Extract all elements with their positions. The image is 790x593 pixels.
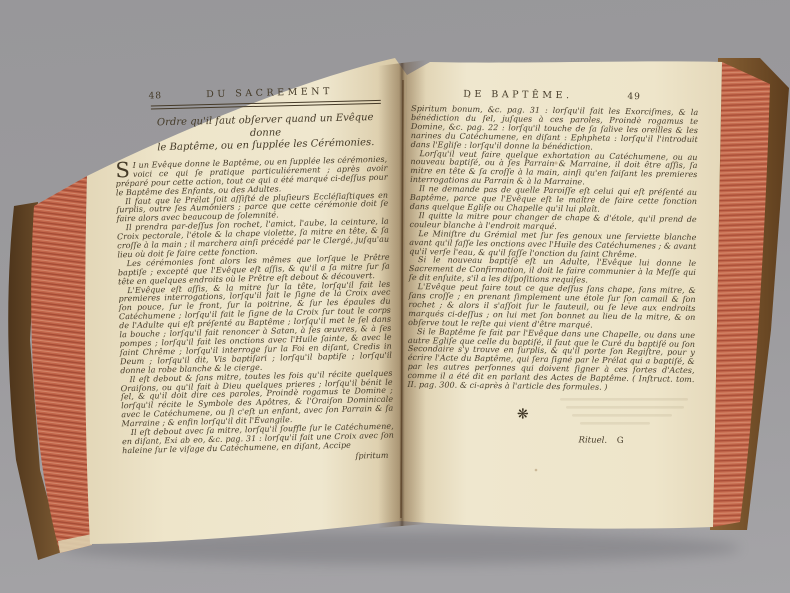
left-folio: 48 (148, 91, 162, 101)
right-running-head: DE BAPTÊME. 49 (411, 88, 698, 105)
signature-mark: G (617, 436, 624, 446)
signature-title: Rituel. (579, 435, 608, 445)
paragraph: L'Evêque eſt aſſis, & la mitre ſur la tê… (118, 280, 392, 376)
right-body: Spiritum bonum, &c. pag. 31 : lorſqu'il … (407, 105, 698, 394)
paragraph: Spiritum bonum, &c. pag. 31 : lorſqu'il … (411, 105, 699, 154)
paragraph: Lorſqu'il veut faire quelque exhortation… (410, 150, 697, 190)
section-heading: Ordre qu'il faut obſerver quand un Evêqu… (114, 112, 387, 156)
left-page: 48 DU SACREMENT Ordre qu'il faut obſerve… (113, 85, 394, 466)
left-body: SI un Evêque donne le Baptême, ou en ſup… (115, 156, 394, 456)
book-photograph: 48 DU SACREMENT Ordre qu'il faut obſerve… (0, 0, 790, 593)
paragraph: Si le Baptême ſe fait par l'Evêque dans … (407, 328, 695, 394)
paragraph: Il eſt debout & ſans mitre, toutes les f… (120, 369, 393, 429)
rosette-ornament-icon: ❋ (407, 406, 694, 424)
right-page: DE BAPTÊME. 49 Spiritum bonum, &c. pag. … (407, 88, 699, 447)
paragraph-text: I un Evêque donne le Baptême, ou en ſupp… (116, 155, 388, 197)
right-folio: 49 (627, 92, 641, 102)
paragraph: L'Evêque peut faire tout ce que deſſus ſ… (408, 283, 696, 332)
drop-cap: S (115, 162, 133, 179)
